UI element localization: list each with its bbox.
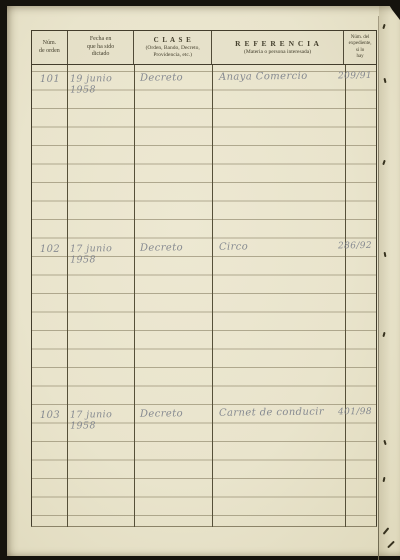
column-divider: [67, 65, 68, 527]
entry-number: 102: [32, 244, 68, 255]
header-fecha: Fecha en que ha sido dictado: [68, 31, 135, 64]
entry-date: 19 junio 1958: [68, 73, 135, 96]
column-divider: [212, 65, 213, 527]
header-referencia: R E F E R E N C I A (Materia o persona i…: [212, 31, 344, 64]
entry-reference: Circo: [213, 240, 346, 253]
column-divider: [345, 65, 346, 527]
header-num-orden: Núm. de orden: [32, 31, 68, 64]
table-header-row: Núm. de orden Fecha en que ha sido dicta…: [31, 30, 377, 65]
header-clase-title: C L A S E: [154, 36, 192, 45]
register-entry-row: 101 19 junio 1958 Decreto Anaya Comercio…: [32, 70, 378, 96]
entry-file-number: 286/92: [338, 241, 370, 251]
register-table: Núm. de orden Fecha en que ha sido dicta…: [31, 30, 377, 527]
register-entry-row: 103 17 junio 1958 Decreto Carnet de cond…: [32, 406, 378, 432]
entry-class: Decreto: [135, 408, 213, 420]
ruled-body: 101 19 junio 1958 Decreto Anaya Comercio…: [31, 65, 377, 527]
entry-date: 17 junio 1958: [68, 243, 135, 266]
entry-date: 17 junio 1958: [68, 409, 135, 432]
header-referencia-sub: (Materia o persona interesada): [244, 49, 311, 56]
header-referencia-title: R E F E R E N C I A: [235, 39, 320, 48]
entry-class: Decreto: [135, 72, 213, 84]
header-clase-sub: (Orden, Bando, Decreto, Providencia, etc…: [146, 45, 200, 59]
entry-number: 101: [32, 74, 68, 85]
entry-file-number: 401/98: [338, 407, 370, 417]
header-expediente: Núm. del expediente, si lo hay: [344, 31, 376, 64]
header-clase: C L A S E (Orden, Bando, Decreto, Provid…: [134, 31, 212, 64]
entry-class: Decreto: [135, 242, 213, 254]
column-divider: [134, 65, 135, 527]
entry-number: 103: [32, 410, 68, 421]
entry-file-number: 209/91: [338, 71, 370, 81]
scanned-ledger-page: Núm. de orden Fecha en que ha sido dicta…: [0, 0, 400, 560]
page-fold-shadow: [379, 6, 400, 556]
register-entry-row: 102 17 junio 1958 Decreto Circo 286/92: [32, 240, 378, 266]
entry-reference: Anaya Comercio: [213, 70, 346, 83]
page-fold-edge: [378, 16, 379, 560]
entry-reference: Carnet de conducir: [213, 406, 346, 419]
